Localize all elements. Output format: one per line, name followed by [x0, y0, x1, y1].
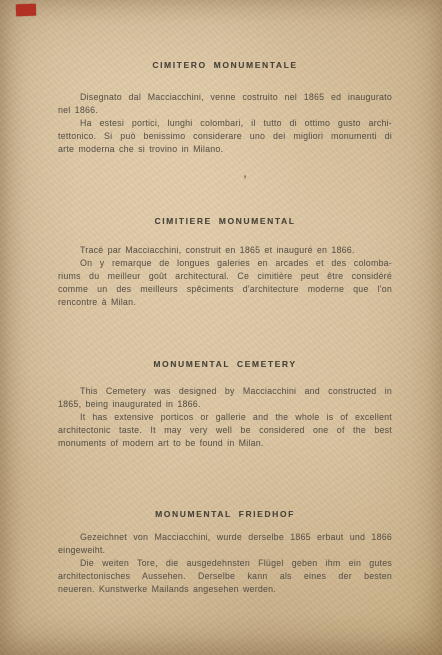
- section-body-english: This Cemetery was designed by Macciacchi…: [58, 385, 392, 450]
- section-body-french: Tracé par Macciacchini, construit en 186…: [58, 244, 392, 309]
- section-heading-english: MONUMENTAL CEMETERY: [58, 359, 392, 370]
- text-line: rencontre à Milan.: [58, 296, 392, 309]
- text-line: arte moderna che si trovino in Milano.: [58, 143, 392, 156]
- section-german: MONUMENTAL FRIEDHOF Gezeichnet von Macci…: [58, 509, 392, 596]
- paragraph: Ha estesi portici, lunghi colombari, il …: [58, 117, 392, 156]
- text-line: architectonisches Aussehen. Derselbe kan…: [58, 570, 392, 583]
- section-heading-french: CIMITIERE MONUMENTAL: [58, 216, 392, 227]
- paragraph: On y remarque de longues galeries en arc…: [58, 257, 392, 309]
- text-line: Gezeichnet von Macciacchini, wurde derse…: [58, 531, 392, 544]
- paragraph: This Cemetery was designed by Macciacchi…: [58, 385, 392, 411]
- text-line: It has extensive porticos or gallerie an…: [58, 411, 392, 424]
- section-heading-german: MONUMENTAL FRIEDHOF: [58, 509, 392, 520]
- text-line: Disegnato dal Macciacchini, venne costru…: [58, 91, 392, 104]
- paragraph: Tracé par Macciacchini, construit en 186…: [58, 244, 392, 257]
- text-line: Ha estesi portici, lunghi colombari, il …: [58, 117, 392, 130]
- paragraph: Disegnato dal Macciacchini, venne costru…: [58, 91, 392, 117]
- text-line: riums du meilleur goût architectural. Ce…: [58, 270, 392, 283]
- text-line: eingeweiht.: [58, 544, 392, 557]
- text-line: 1865, being inaugurated in 1866.: [58, 398, 392, 411]
- text-line: Tracé par Macciacchini, construit en 186…: [58, 244, 392, 257]
- text-line: tettonico. Si può benissimo considerare …: [58, 130, 392, 143]
- paragraph: Gezeichnet von Macciacchini, wurde derse…: [58, 531, 392, 596]
- section-italian: CIMITERO MONUMENTALE Disegnato dal Macci…: [58, 60, 392, 156]
- section-english: MONUMENTAL CEMETERY This Cemetery was de…: [58, 359, 392, 450]
- text-line: comme un des meilleurs spêciments d'arch…: [58, 283, 392, 296]
- text-line: monuments of modern art to be found in M…: [58, 437, 392, 450]
- section-body-italian: Disegnato dal Macciacchini, venne costru…: [58, 91, 392, 156]
- section-french: CIMITIERE MONUMENTAL Tracé par Macciacch…: [58, 216, 392, 309]
- text-line: architectonic taste. It may very well be…: [58, 424, 392, 437]
- text-line: neueren. Kunstwerke Mailands angesehen w…: [58, 583, 392, 596]
- stray-print-mark: ’: [242, 174, 247, 186]
- text-line: Die weiten Tore, die ausgedehnsten Flüge…: [58, 557, 392, 570]
- section-body-german: Gezeichnet von Macciacchini, wurde derse…: [58, 531, 392, 596]
- red-stamp-mark: [16, 4, 36, 17]
- scanned-page: ’ CIMITERO MONUMENTALE Disegnato dal Mac…: [0, 0, 442, 655]
- paragraph: It has extensive porticos or gallerie an…: [58, 411, 392, 450]
- text-line: On y remarque de longues galeries en arc…: [58, 257, 392, 270]
- text-line: nel 1866.: [58, 104, 392, 117]
- text-line: This Cemetery was designed by Macciacchi…: [58, 385, 392, 398]
- section-heading-italian: CIMITERO MONUMENTALE: [58, 60, 392, 71]
